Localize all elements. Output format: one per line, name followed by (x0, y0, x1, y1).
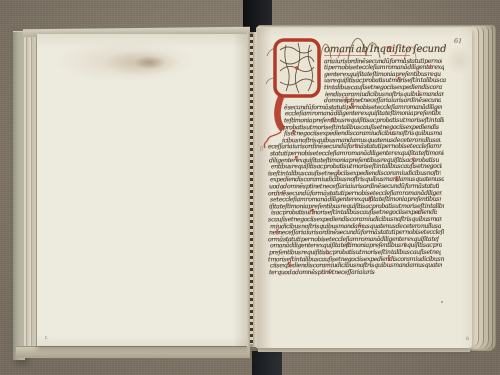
rubric-mark: t (355, 143, 357, 150)
rubric-mark: t (326, 249, 328, 256)
manuscript-photo-scene: t. 61 (0, 0, 500, 375)
quire-mark-right: b (466, 336, 469, 342)
open-book: t. 61 (0, 0, 500, 375)
rubric-mark: t (430, 64, 432, 71)
rubric-mark: c (391, 130, 394, 137)
rubric-mark: ¶ (287, 262, 291, 269)
binding-gutter (247, 32, 257, 347)
text-block: omani ab Inquiſito ſecundum quod nobis¶a… (268, 44, 446, 280)
water-stain (135, 56, 165, 69)
incipit-heading: omani ab Inquiſito ſecundum quod nobis (324, 44, 446, 57)
left-page-blank-verso: t. (37, 34, 249, 346)
rubric-mark: c (282, 189, 285, 196)
marginal-pen-mark: ſſ (259, 146, 264, 153)
rubric-mark: c (346, 242, 349, 249)
right-page-written-recto: 61 (256, 28, 472, 348)
manuscript-line: ter quod ad omnēs ptinet neceſſaria iuri… (269, 269, 375, 276)
rubric-mark: c (328, 268, 331, 275)
rubric-mark: t (369, 196, 371, 203)
rubric-mark: t (404, 242, 406, 249)
rubric-mark: § (345, 97, 348, 104)
page-edge-bottom-left (16, 346, 250, 358)
rubric-mark: § (395, 176, 398, 183)
rubric-mark: ¶ (311, 209, 315, 216)
page-edge-stack-left (24, 32, 38, 353)
rubric-mark: § (276, 229, 279, 236)
rubric-mark: t (332, 117, 334, 124)
folio-number: 61 (454, 37, 463, 46)
ink-speck (441, 301, 443, 303)
rubric-mark: ¶ (292, 130, 296, 137)
quire-mark-left: t. (45, 335, 49, 341)
rubric-mark: ¶ (295, 156, 299, 163)
sewing-thread-stitches (250, 34, 253, 344)
rubric-mark: ¶ (397, 77, 401, 84)
rubric-mark: ¶ (387, 46, 391, 53)
page-edge-bottom-right (258, 348, 470, 352)
